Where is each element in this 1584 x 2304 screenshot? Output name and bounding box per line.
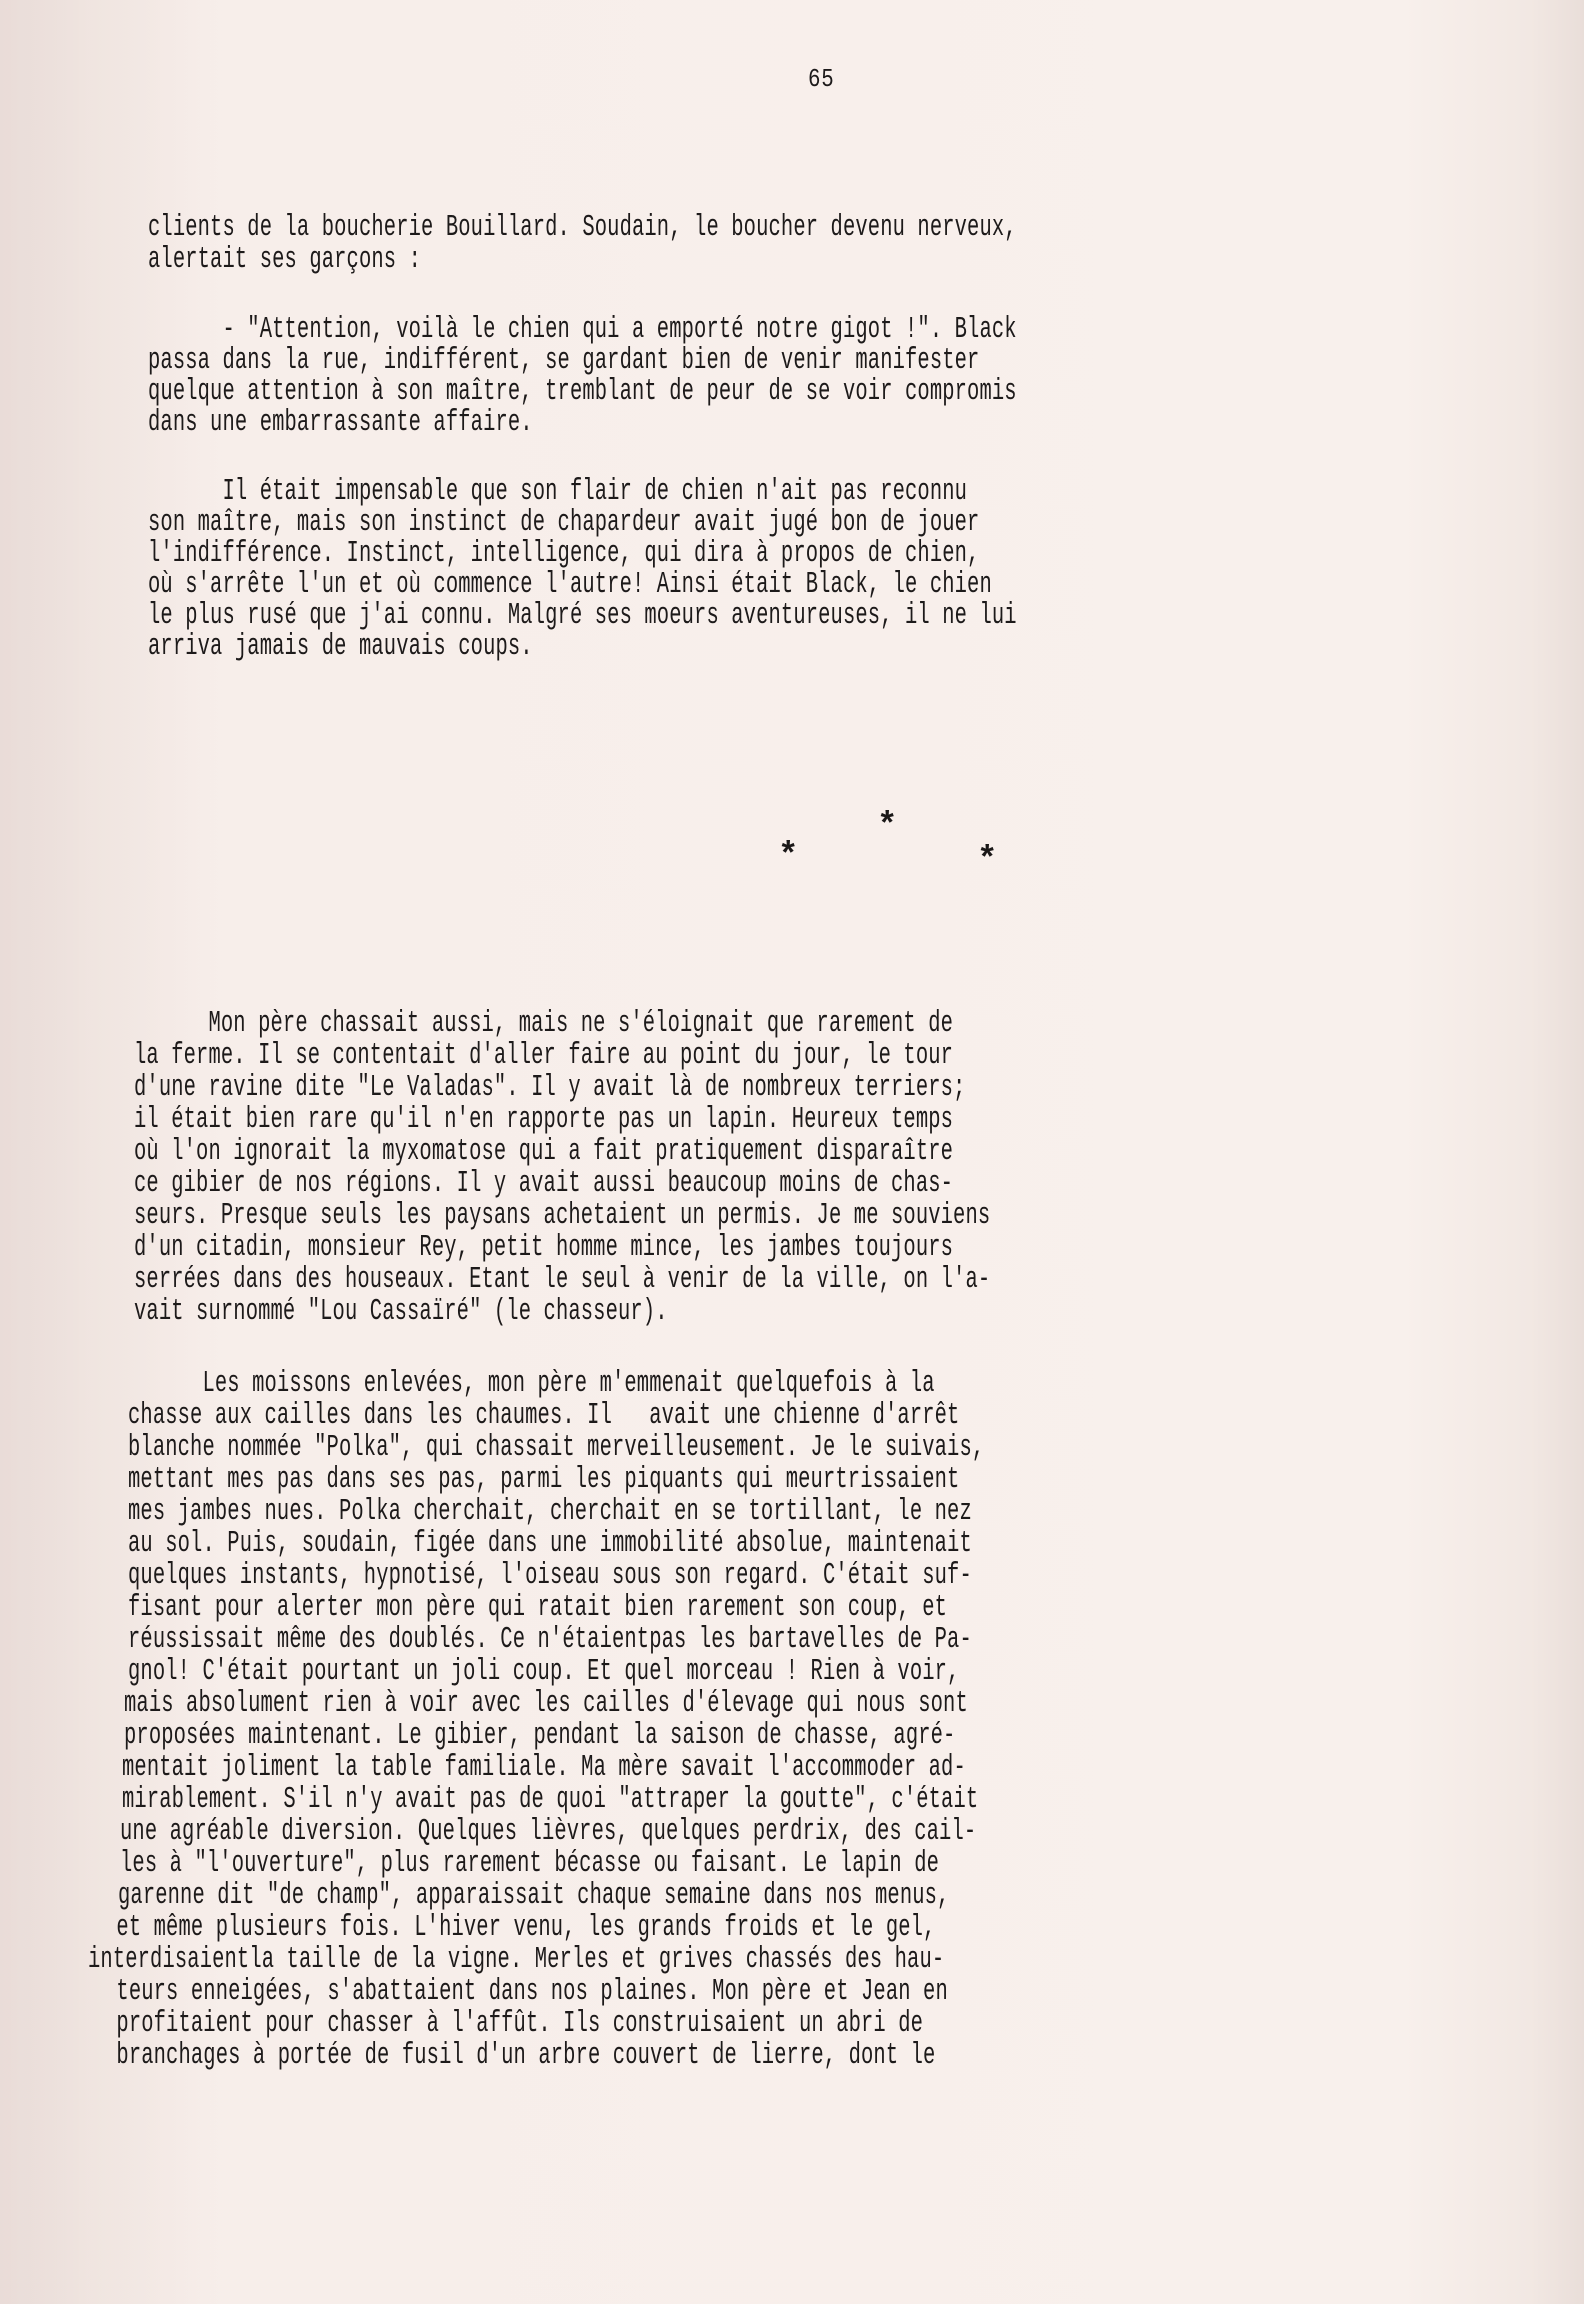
text-line: où l'on ignorait la myxomatose qui a fai…	[134, 1136, 953, 1168]
text-line: fisant pour alerter mon père qui ratait …	[128, 1592, 947, 1624]
text-line: gnol! C'était pourtant un joli coup. Et …	[128, 1656, 959, 1688]
text-line: les à "l'ouverture", plus rarement bécas…	[120, 1848, 939, 1880]
text-line: ce gibier de nos régions. Il y avait aus…	[134, 1168, 953, 1200]
text-line: l'indifférence. Instinct, intelligence, …	[148, 538, 979, 570]
text-line: quelque attention à son maître, tremblan…	[148, 376, 1017, 408]
page-number: 65	[808, 64, 835, 94]
text-line: d'un citadin, monsieur Rey, petit homme …	[134, 1232, 953, 1264]
text-line: passa dans la rue, indifférent, se garda…	[148, 345, 979, 377]
text-line: proposées maintenant. Le gibier, pendant…	[124, 1720, 955, 1752]
text-line: arriva jamais de mauvais coups.	[148, 631, 533, 663]
text-line: branchages à portée de fusil d'un arbre …	[104, 2040, 935, 2072]
text-line: Les moissons enlevées, mon père m'emmena…	[128, 1368, 935, 1400]
asterisk: *	[778, 838, 798, 876]
text-line: et même plusieurs fois. L'hiver venu, le…	[104, 1912, 935, 1944]
text-line: mes jambes nues. Polka cherchait, cherch…	[128, 1496, 972, 1528]
asterisk: *	[877, 808, 897, 846]
text-line: il était bien rare qu'il n'en rapporte p…	[134, 1104, 953, 1136]
text-line: la ferme. Il se contentait d'aller faire…	[134, 1040, 953, 1072]
text-line: une agréable diversion. Quelques lièvres…	[120, 1816, 976, 1848]
text-line: Mon père chassait aussi, mais ne s'éloig…	[134, 1008, 953, 1040]
text-line: chasse aux cailles dans les chaumes. Il …	[128, 1400, 959, 1432]
text-line: alertait ses garçons :	[148, 244, 421, 276]
text-line: d'une ravine dite "Le Valadas". Il y ava…	[134, 1072, 965, 1104]
text-line: mais absolument rien à voir avec les cai…	[124, 1688, 968, 1720]
text-line: au sol. Puis, soudain, figée dans une im…	[128, 1528, 972, 1560]
text-line: - "Attention, voilà le chien qui a empor…	[148, 314, 1017, 346]
text-line: vait surnommé "Lou Cassaïré" (le chasseu…	[134, 1296, 668, 1328]
text-line: serrées dans des houseaux. Etant le seul…	[134, 1264, 990, 1296]
text-line: mentait joliment la table familiale. Ma …	[122, 1752, 966, 1784]
text-line: seurs. Presque seuls les paysans achetai…	[134, 1200, 990, 1232]
text-line: blanche nommée "Polka", qui chassait mer…	[128, 1432, 984, 1464]
text-line: Il était impensable que son flair de chi…	[148, 476, 967, 508]
text-line: teurs enneigées, s'abattaient dans nos p…	[104, 1976, 948, 2008]
text-line: profitaient pour chasser à l'affût. Ils …	[104, 2008, 923, 2040]
text-line: son maître, mais son instinct de chapard…	[148, 507, 979, 539]
text-line: réussissait même des doublés. Ce n'étaie…	[128, 1624, 972, 1656]
asterisk: *	[977, 842, 997, 880]
text-line: clients de la boucherie Bouillard. Souda…	[148, 212, 1017, 244]
text-line: dans une embarrassante affaire.	[148, 407, 533, 439]
text-line: mettant mes pas dans ses pas, parmi les …	[128, 1464, 959, 1496]
text-line: où s'arrête l'un et où commence l'autre!…	[148, 569, 992, 601]
text-line: garenne dit "de champ", apparaissait cha…	[118, 1880, 949, 1912]
text-line: le plus rusé que j'ai connu. Malgré ses …	[148, 600, 1017, 632]
text-line: mirablement. S'il n'y avait pas de quoi …	[122, 1784, 978, 1816]
text-line: interdisaientla taille de la vigne. Merl…	[88, 1944, 944, 1976]
text-line: quelques instants, hypnotisé, l'oiseau s…	[128, 1560, 972, 1592]
